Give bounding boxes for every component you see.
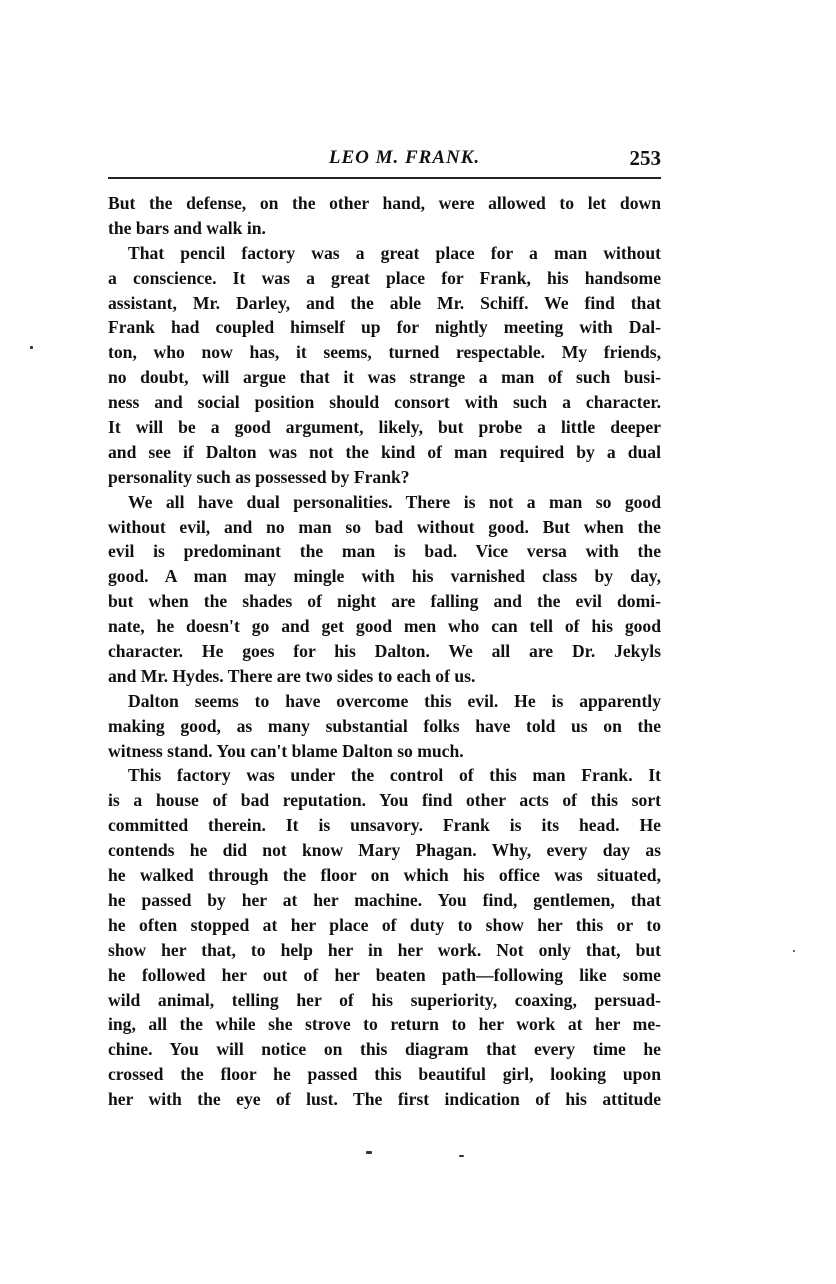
scan-speck xyxy=(459,1155,464,1157)
text-line: wild animal, telling her of his superior… xyxy=(108,988,661,1013)
text-line: crossed the floor he passed this beautif… xyxy=(108,1062,661,1087)
text-line: he followed her out of her beaten path—f… xyxy=(108,963,661,988)
text-line: he often stopped at her place of duty to… xyxy=(108,913,661,938)
paragraph: This factory was under the control of th… xyxy=(108,763,661,1111)
page-number: 253 xyxy=(630,143,662,173)
text-line: We all have dual personalities. There is… xyxy=(108,490,661,515)
text-line: This factory was under the control of th… xyxy=(108,763,661,788)
text-line: the bars and walk in. xyxy=(108,216,661,241)
text-line: contends he did not know Mary Phagan. Wh… xyxy=(108,838,661,863)
text-line: That pencil factory was a great place fo… xyxy=(108,241,661,266)
text-line: assistant, Mr. Darley, and the able Mr. … xyxy=(108,291,661,316)
text-line: character. He goes for his Dalton. We al… xyxy=(108,639,661,664)
paragraph: That pencil factory was a great place fo… xyxy=(108,241,661,490)
running-head: LEO M. FRANK. 253 xyxy=(108,143,661,173)
text-line: no doubt, will argue that it was strange… xyxy=(108,365,661,390)
text-line: But the defense, on the other hand, were… xyxy=(108,191,661,216)
paragraph: Dalton seems to have overcome this evil.… xyxy=(108,689,661,764)
text-line: is a house of bad reputation. You find o… xyxy=(108,788,661,813)
text-line: nate, he doesn't go and get good men who… xyxy=(108,614,661,639)
text-line: he passed by her at her machine. You fin… xyxy=(108,888,661,913)
scan-speck xyxy=(30,346,33,349)
text-line: personality such as possessed by Frank? xyxy=(108,465,661,490)
text-line: good. A man may mingle with his varnishe… xyxy=(108,564,661,589)
text-line: witness stand. You can't blame Dalton so… xyxy=(108,739,661,764)
text-line: ness and social position should consort … xyxy=(108,390,661,415)
text-line: a conscience. It was a great place for F… xyxy=(108,266,661,291)
text-line: he walked through the floor on which his… xyxy=(108,863,661,888)
text-line: ing, all the while she strove to return … xyxy=(108,1012,661,1037)
text-line: evil is predominant the man is bad. Vice… xyxy=(108,539,661,564)
running-title: LEO M. FRANK. xyxy=(108,143,661,173)
text-line: her with the eye of lust. The first indi… xyxy=(108,1087,661,1112)
book-page: LEO M. FRANK. 253 But the defense, on th… xyxy=(108,143,661,1112)
text-line: It will be a good argument, likely, but … xyxy=(108,415,661,440)
text-line: and Mr. Hydes. There are two sides to ea… xyxy=(108,664,661,689)
header-rule xyxy=(108,177,661,179)
scan-speck xyxy=(366,1151,372,1154)
text-line: Dalton seems to have overcome this evil.… xyxy=(108,689,661,714)
text-line: without evil, and no man so bad without … xyxy=(108,515,661,540)
text-line: show her that, to help her in her work. … xyxy=(108,938,661,963)
text-line: but when the shades of night are falling… xyxy=(108,589,661,614)
paragraph: But the defense, on the other hand, were… xyxy=(108,191,661,241)
scan-speck xyxy=(793,950,795,952)
body-text: But the defense, on the other hand, were… xyxy=(108,191,661,1112)
text-line: committed therein. It is unsavory. Frank… xyxy=(108,813,661,838)
paragraph: We all have dual personalities. There is… xyxy=(108,490,661,689)
text-line: making good, as many substantial folks h… xyxy=(108,714,661,739)
text-line: chine. You will notice on this diagram t… xyxy=(108,1037,661,1062)
text-line: ton, who now has, it seems, turned respe… xyxy=(108,340,661,365)
text-line: Frank had coupled himself up for nightly… xyxy=(108,315,661,340)
text-line: and see if Dalton was not the kind of ma… xyxy=(108,440,661,465)
